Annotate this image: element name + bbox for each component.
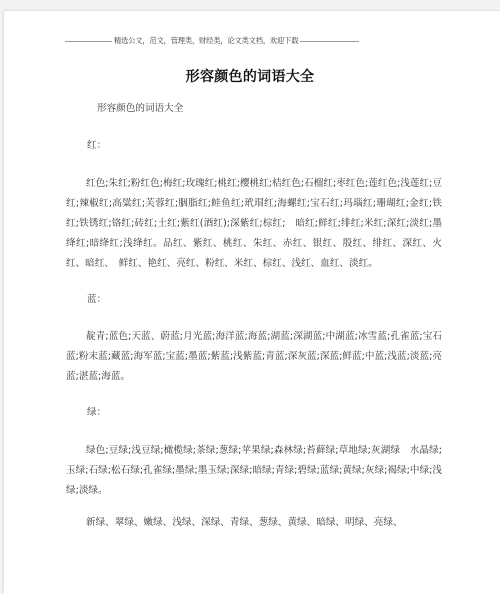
section-label-green: 绿： bbox=[87, 403, 187, 423]
section-body-red: 红色;朱红;粉红色;梅红;玫瑰红;桃红;樱桃红;桔红色;石榴红;枣红色;莲红色;… bbox=[66, 174, 442, 274]
section-label-blue: 蓝： bbox=[87, 290, 187, 310]
document-title: 形容颜色的词语大全 bbox=[0, 67, 500, 87]
section-body-green: 绿色;豆绿;浅豆绿;橄榄绿;茶绿;葱绿;苹果绿;森林绿;苔藓绿;草地绿;灰湖绿 … bbox=[66, 441, 442, 501]
section-body-blue: 靛青;蓝色;天蓝、蔚蓝;月光蓝;海洋蓝;海蓝;湖蓝;深湖蓝;中湖蓝;冰雪蓝;孔雀… bbox=[66, 327, 442, 387]
header-banner: 精选公文，范文，管理类，财经类，论文类文档，欢迎下载 bbox=[112, 35, 300, 46]
section-label-red: 红： bbox=[87, 136, 187, 156]
document-subtitle: 形容颜色的词语大全 bbox=[97, 99, 297, 119]
section-body-green-extra: 新绿、翠绿、嫩绿、浅绿、深绿、青绿、葱绿、黄绿、暗绿、明绿、亮绿、 bbox=[66, 513, 442, 533]
